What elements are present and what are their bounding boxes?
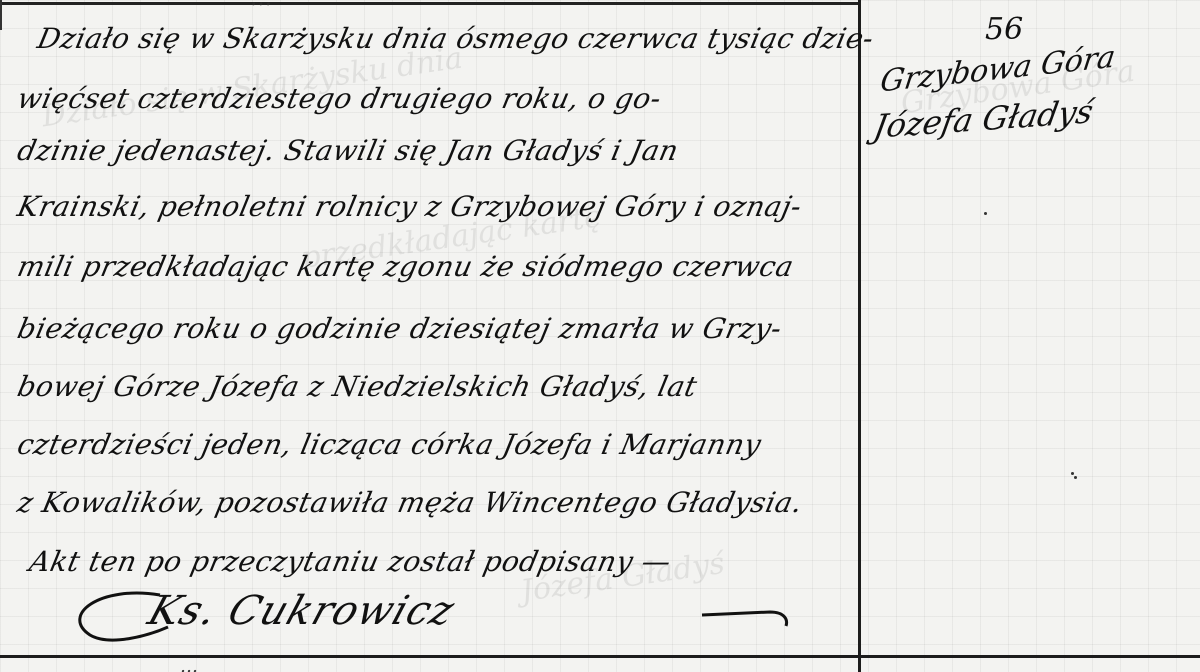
priest-signature: Ks. Cukrowicz — [143, 588, 461, 634]
ink-speck — [984, 212, 987, 215]
record-line-5: mili przedkładając kartę zgonu że siódme… — [14, 250, 796, 283]
record-line-7: bowej Górze Józefa z Niedzielskich Głady… — [14, 370, 700, 403]
record-line-1: Działo się w Skarżysku dnia ósmego czerw… — [34, 22, 876, 55]
record-line-10: Akt ten po przeczytaniu został podpisany… — [26, 545, 674, 578]
ink-speck — [1071, 472, 1074, 475]
ledger-page: Działo się w Skarżysku dnia przedkładają… — [0, 0, 1200, 672]
margin-divider-line — [858, 0, 861, 672]
next-entry-fragment: … — [180, 656, 198, 672]
record-line-2: więćset czterdziestego drugiego roku, o … — [14, 82, 664, 115]
signature-tail-stroke-icon — [700, 600, 790, 630]
ink-speck — [1074, 476, 1077, 479]
record-line-4: Krainski, pełnoletni rolnicy z Grzybowej… — [14, 190, 804, 223]
record-line-6: bieżącego roku o godzinie dziesiątej zma… — [14, 312, 784, 345]
record-line-8: czterdzieści jeden, licząca córka Józefa… — [14, 428, 764, 461]
record-line-9: z Kowalików, pozostawiła męża Wincentego… — [14, 486, 805, 519]
entry-number: 56 — [985, 12, 1023, 47]
record-body: Działo się w Skarżysku dnia ósmego czerw… — [0, 0, 858, 655]
record-line-3: dzinie jedenastej. Stawili się Jan Głady… — [14, 134, 681, 167]
